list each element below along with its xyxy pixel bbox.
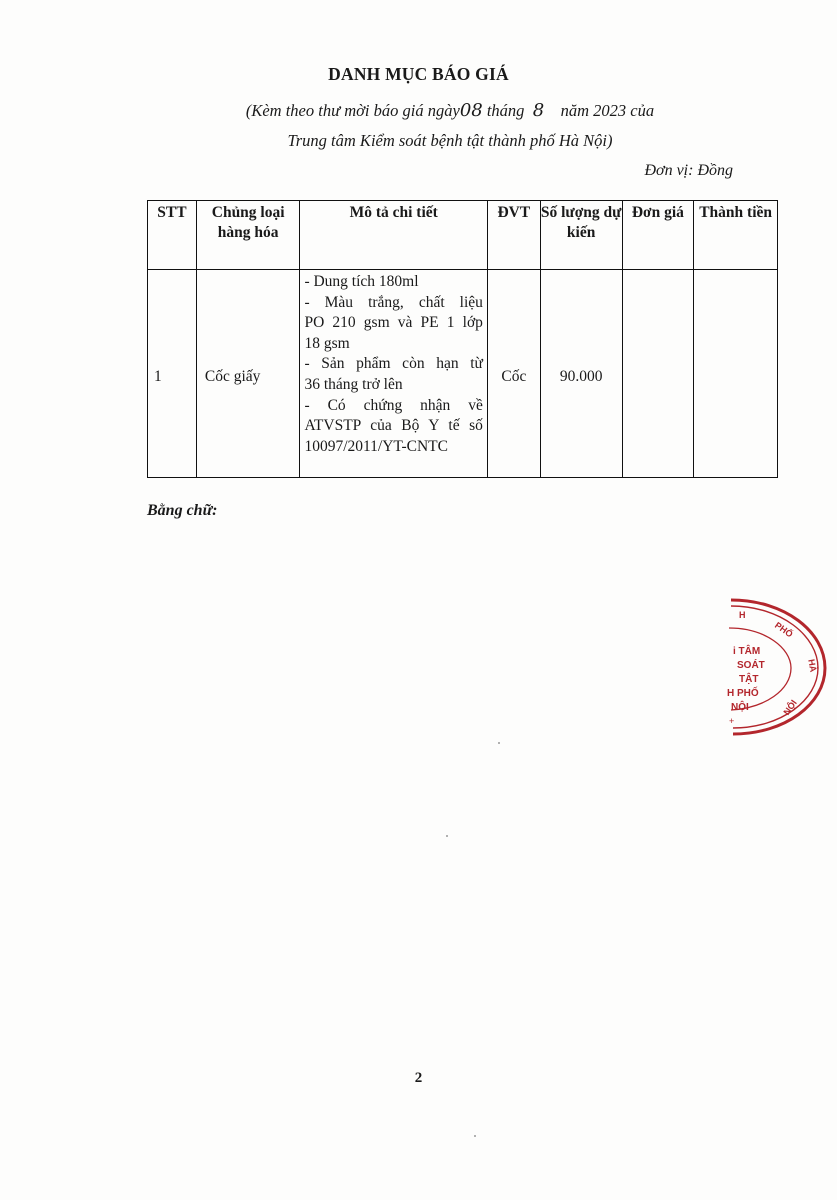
amount-in-words-label: Bằng chữ: xyxy=(147,502,217,520)
header-description: Mô tả chi tiết xyxy=(300,201,487,270)
subtitle-month-label: tháng xyxy=(487,101,525,120)
subtitle-line-1: (Kèm theo thư mời báo giá ngày08 tháng 8… xyxy=(220,100,680,121)
header-unit-price: Đơn giá xyxy=(622,201,694,270)
official-stamp-icon: H PHỐ HÀ NỘI i TÂM SOÁT TẬT H PHỐ NỘI + xyxy=(725,592,837,740)
svg-text:NỘI: NỘI xyxy=(781,697,799,716)
document-title: DANH MỤC BÁO GIÁ xyxy=(0,64,837,85)
description-line: - Màu trắng, chất liệu xyxy=(304,293,482,314)
svg-text:NỘI: NỘI xyxy=(731,700,749,713)
subtitle-line-2: Trung tâm Kiểm soát bệnh tật thành phố H… xyxy=(200,131,700,151)
svg-text:SOÁT: SOÁT xyxy=(737,658,765,671)
description-line: 18 gsm xyxy=(304,334,482,355)
cell-total xyxy=(694,270,778,478)
description-line: 10097/2011/YT-CNTC xyxy=(304,437,482,458)
table-header-row: STT Chủng loại hàng hóa Mô tả chi tiết Đ… xyxy=(148,201,778,270)
svg-text:+: + xyxy=(729,716,734,726)
page-number: 2 xyxy=(0,1070,837,1087)
svg-text:HÀ: HÀ xyxy=(806,658,818,673)
svg-text:PHỐ: PHỐ xyxy=(773,619,795,639)
header-quantity: Số lượng dự kiến xyxy=(540,201,622,270)
scan-speck xyxy=(474,1135,476,1137)
description-line: - Sản phẩm còn hạn từ xyxy=(304,354,482,375)
scan-speck xyxy=(498,742,500,744)
cell-category: Cốc giấy xyxy=(196,270,300,478)
cell-stt: 1 xyxy=(148,270,197,478)
svg-text:TẬT: TẬT xyxy=(739,672,758,685)
cell-quantity: 90.000 xyxy=(540,270,622,478)
header-total: Thành tiền xyxy=(694,201,778,270)
table-row: 1 Cốc giấy - Dung tích 180ml - Màu trắng… xyxy=(148,270,778,478)
svg-text:H PHỐ: H PHỐ xyxy=(727,685,759,699)
description-line: - Có chứng nhận về xyxy=(304,396,482,417)
svg-text:H: H xyxy=(739,610,746,620)
cell-unit-price xyxy=(622,270,694,478)
quotation-table: STT Chủng loại hàng hóa Mô tả chi tiết Đ… xyxy=(147,200,778,478)
svg-text:i TÂM: i TÂM xyxy=(733,644,760,657)
cell-unit: Cốc xyxy=(487,270,540,478)
scan-speck xyxy=(446,835,448,837)
cell-description: - Dung tích 180ml - Màu trắng, chất liệu… xyxy=(300,270,487,478)
description-line: - Dung tích 180ml xyxy=(304,272,482,293)
description-line: PO 210 gsm và PE 1 lớp xyxy=(304,313,482,334)
description-line: ATVSTP của Bộ Y tế số xyxy=(304,416,482,437)
handwritten-day: 08 xyxy=(460,100,483,121)
header-category: Chủng loại hàng hóa xyxy=(196,201,300,270)
subtitle-prefix: (Kèm theo thư mời báo giá ngày xyxy=(246,101,460,120)
header-unit: ĐVT xyxy=(487,201,540,270)
currency-unit: Đơn vị: Đồng xyxy=(644,162,733,180)
subtitle-suffix: năm 2023 của xyxy=(561,101,655,120)
header-stt: STT xyxy=(148,201,197,270)
description-line: 36 tháng trở lên xyxy=(304,375,482,396)
handwritten-month: 8 xyxy=(533,100,544,121)
